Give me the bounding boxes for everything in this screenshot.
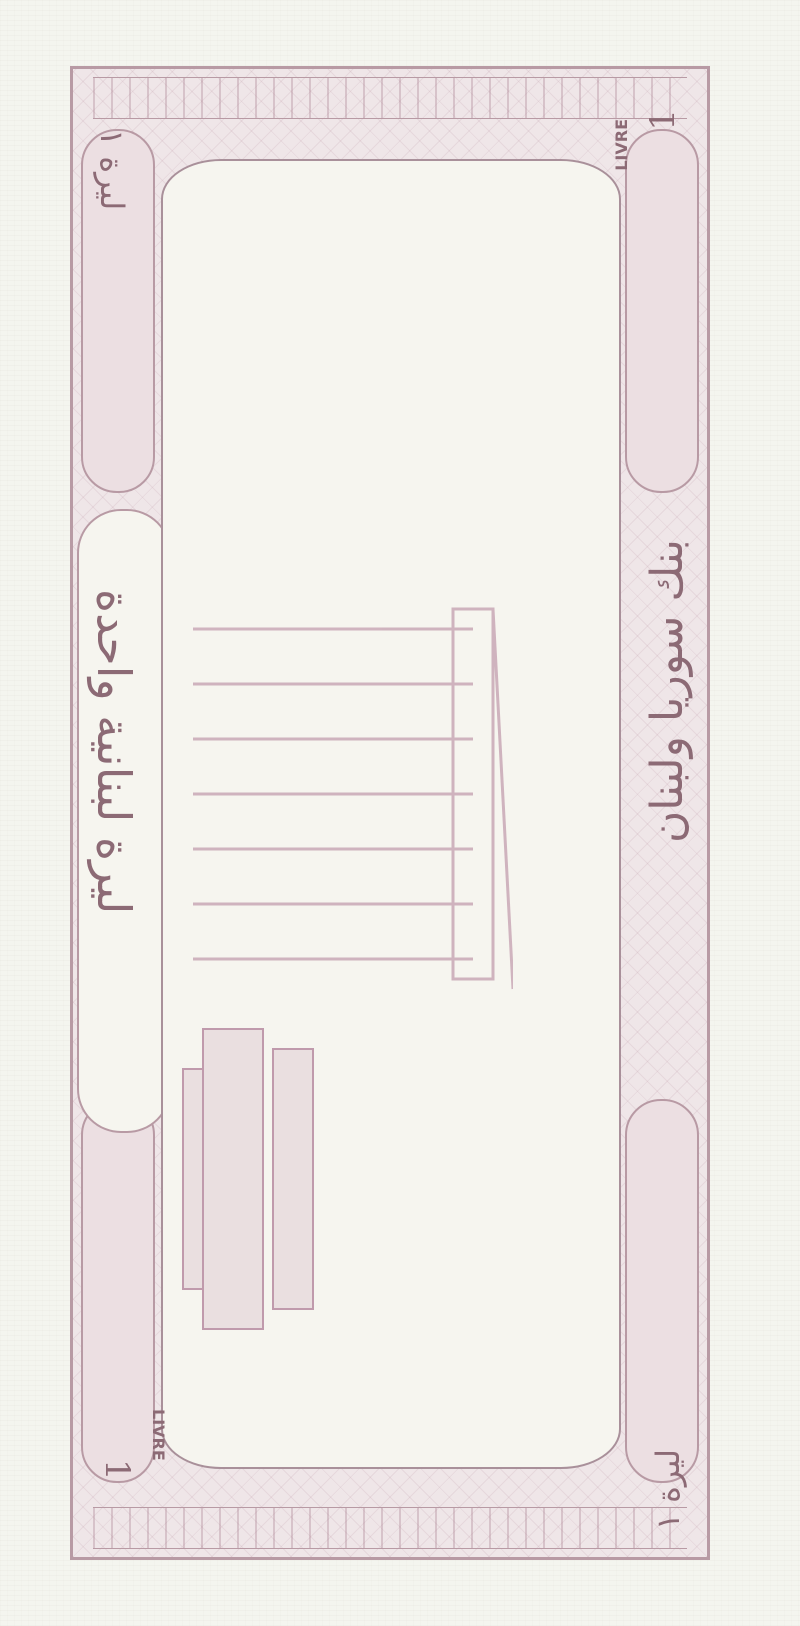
banknote: بنك سوريا ولبنان ليرة لبنانية واحدة LIVR… <box>70 66 710 1560</box>
ornament-panel-left-bottom <box>81 1099 155 1483</box>
top-ornamental-band <box>93 77 687 119</box>
ornament-panel-right-top <box>625 129 699 493</box>
arabic-denomination-corner-top: ليرة ١ <box>93 129 131 210</box>
numeral-one-top: 1 <box>643 109 683 131</box>
ornament-panel-right-bottom <box>625 1099 699 1483</box>
numeral-one-bottom: 1 <box>97 1459 137 1481</box>
temple-vignette <box>173 509 513 1389</box>
arabic-denomination-corner-bottom: ليرة ١ <box>649 1449 687 1530</box>
livre-label-bottom: LIVRE <box>149 1409 168 1461</box>
denomination-arabic: ليرة لبنانية واحدة <box>87 589 141 914</box>
bottom-ornamental-band <box>93 1507 687 1549</box>
issuer-name-arabic: بنك سوريا ولبنان <box>642 539 693 843</box>
livre-label-top: LIVRE <box>612 119 631 171</box>
